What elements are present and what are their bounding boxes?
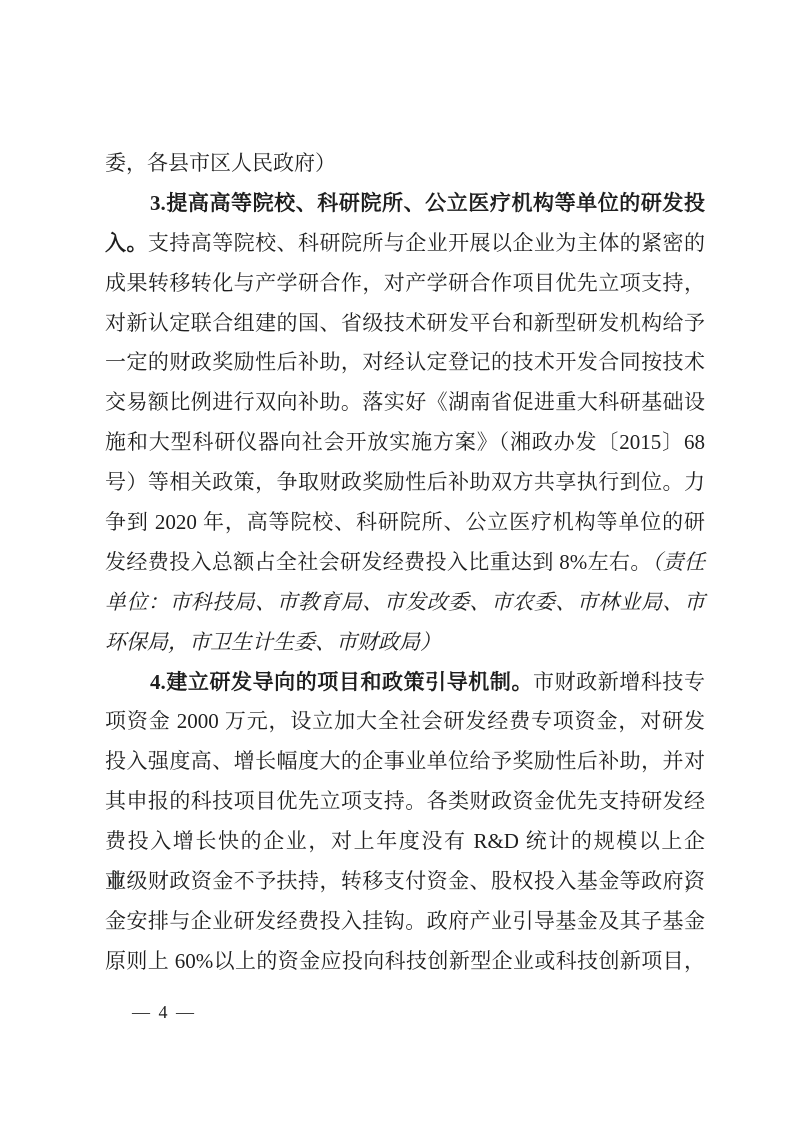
text-segment: 投入强度高、增长幅度大的企事业单位给予奖励性后补助，并对 — [105, 749, 705, 773]
text-segment: 发经费投入总额占全社会研发经费投入比重达到 8%左右。 — [105, 550, 652, 574]
text-segment: 4.建立研发导向的项目和政策引导机制。 — [150, 670, 533, 694]
text-line: 委，各县市区人民政府） — [105, 144, 705, 184]
text-segment: 成果转移转化与产学研合作，对产学研合作项目优先立项支持， — [105, 271, 705, 295]
text-line: 号）等相关政策，争取财政奖励性后补助双方共享执行到位。力 — [105, 463, 705, 503]
text-line: 发经费投入总额占全社会研发经费投入比重达到 8%左右。（责任 — [105, 543, 705, 583]
document-body: 委，各县市区人民政府）3.提高高等院校、科研院所、公立医疗机构等单位的研发投入。… — [105, 144, 705, 982]
text-segment: 委，各县市区人民政府） — [105, 151, 336, 175]
text-line: 环保局，市卫生计生委、市财政局） — [105, 623, 705, 663]
text-line: 项资金 2000 万元，设立加大全社会研发经费专项资金，对研发 — [105, 702, 705, 742]
text-line: 争到 2020 年，高等院校、科研院所、公立医疗机构等单位的研 — [105, 503, 705, 543]
text-segment: 市级财政资金不予扶持，转移支付资金、股权投入基金等政府资 — [105, 869, 705, 893]
text-segment: 环保局，市卫生计生委、市财政局） — [105, 630, 441, 654]
text-line: 交易额比例进行双向补助。落实好《湖南省促进重大科研基础设 — [105, 383, 705, 423]
text-line: 施和大型科研仪器向社会开放实施方案》（湘政办发〔2015〕68 — [105, 423, 705, 463]
text-segment: 市财政新增科技专 — [533, 670, 705, 694]
text-segment: 施和大型科研仪器向社会开放实施方案》（湘政办发〔2015〕68 — [105, 430, 705, 454]
text-line: 对新认定联合组建的国、省级技术研发平台和新型研发机构给予 — [105, 304, 705, 344]
text-line: 费投入增长快的企业，对上年度没有 R&D 统计的规模以上企业， — [105, 822, 705, 862]
page-footer: — 4 — — [132, 1000, 194, 1024]
text-line: 其申报的科技项目优先立项支持。各类财政资金优先支持研发经 — [105, 782, 705, 822]
text-segment: 金安排与企业研发经费投入挂钩。政府产业引导基金及其子基金 — [105, 909, 705, 933]
text-line: 投入强度高、增长幅度大的企事业单位给予奖励性后补助，并对 — [105, 742, 705, 782]
text-line: 成果转移转化与产学研合作，对产学研合作项目优先立项支持， — [105, 264, 705, 304]
text-segment: 争到 2020 年，高等院校、科研院所、公立医疗机构等单位的研 — [105, 510, 705, 534]
page-number: — 4 — — [132, 1002, 194, 1022]
text-segment: 号）等相关政策，争取财政奖励性后补助双方共享执行到位。力 — [105, 470, 705, 494]
text-line: 3.提高高等院校、科研院所、公立医疗机构等单位的研发投 — [105, 184, 705, 224]
text-segment: 一定的财政奖励性后补助，对经认定登记的技术开发合同按技术 — [105, 350, 705, 374]
text-line: 4.建立研发导向的项目和政策引导机制。市财政新增科技专 — [105, 663, 705, 703]
text-segment: 单位：市科技局、市教育局、市发改委、市农委、市林业局、市 — [105, 590, 705, 614]
text-line: 单位：市科技局、市教育局、市发改委、市农委、市林业局、市 — [105, 583, 705, 623]
text-line: 入。支持高等院校、科研院所与企业开展以企业为主体的紧密的 — [105, 224, 705, 264]
text-segment: 支持高等院校、科研院所与企业开展以企业为主体的紧密的 — [148, 231, 705, 255]
text-segment: 其申报的科技项目优先立项支持。各类财政资金优先支持研发经 — [105, 789, 705, 813]
text-segment: 入。 — [105, 231, 148, 255]
text-segment: （责任 — [652, 550, 705, 574]
text-line: 一定的财政奖励性后补助，对经认定登记的技术开发合同按技术 — [105, 343, 705, 383]
text-line: 市级财政资金不予扶持，转移支付资金、股权投入基金等政府资 — [105, 862, 705, 902]
text-segment: 交易额比例进行双向补助。落实好《湖南省促进重大科研基础设 — [105, 390, 705, 414]
document-page: 委，各县市区人民政府）3.提高高等院校、科研院所、公立医疗机构等单位的研发投入。… — [0, 0, 793, 1122]
text-segment: 项资金 2000 万元，设立加大全社会研发经费专项资金，对研发 — [105, 709, 705, 733]
text-segment: 原则上 60%以上的资金应投向科技创新型企业或科技创新项目， — [105, 949, 705, 973]
text-line: 原则上 60%以上的资金应投向科技创新型企业或科技创新项目， — [105, 942, 705, 982]
text-line: 金安排与企业研发经费投入挂钩。政府产业引导基金及其子基金 — [105, 902, 705, 942]
text-segment: 对新认定联合组建的国、省级技术研发平台和新型研发机构给予 — [105, 311, 705, 335]
text-segment: 3.提高高等院校、科研院所、公立医疗机构等单位的研发投 — [150, 191, 705, 215]
